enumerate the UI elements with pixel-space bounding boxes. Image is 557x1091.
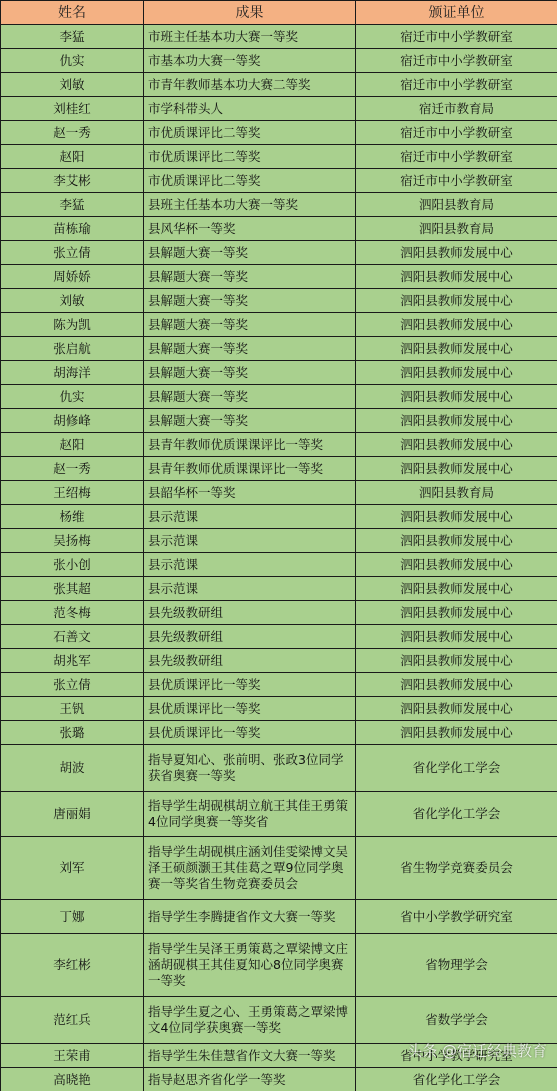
issuer-cell: 宿迁市中小学教研室 (356, 169, 557, 193)
name-cell: 赵阳 (1, 145, 144, 169)
table-row: 仇实市基本功大赛一等奖宿迁市中小学教研室 (1, 49, 557, 73)
table-row: 胡海洋县解题大赛一等奖泗阳县教师发展中心 (1, 361, 557, 385)
table-row: 苗栋瑜县风华杯一等奖泗阳县教育局 (1, 217, 557, 241)
issuer-cell: 泗阳县教师发展中心 (356, 625, 557, 649)
issuer-cell: 泗阳县教师发展中心 (356, 385, 557, 409)
issuer-cell: 省生物学竞赛委员会 (356, 837, 557, 900)
table-row: 张启航县解题大赛一等奖泗阳县教师发展中心 (1, 337, 557, 361)
name-cell: 唐丽娟 (1, 792, 144, 837)
issuer-cell: 宿迁市中小学教研室 (356, 121, 557, 145)
result-cell: 县示范课 (144, 553, 356, 577)
name-cell: 仇实 (1, 385, 144, 409)
result-cell: 县解题大赛一等奖 (144, 337, 356, 361)
result-cell: 指导学生李腾捷省作文大赛一等奖 (144, 900, 356, 934)
result-cell: 县优质课评比一等奖 (144, 697, 356, 721)
name-cell: 张璐 (1, 721, 144, 745)
result-cell: 县示范课 (144, 505, 356, 529)
header-name: 姓名 (1, 1, 144, 25)
table-row: 王绍梅县韶华杯一等奖泗阳县教育局 (1, 481, 557, 505)
result-cell: 市优质课评比二等奖 (144, 121, 356, 145)
table-row: 王钒县优质课评比一等奖泗阳县教师发展中心 (1, 697, 557, 721)
issuer-cell: 宿迁市中小学教研室 (356, 49, 557, 73)
issuer-cell: 泗阳县教师发展中心 (356, 289, 557, 313)
result-cell: 县解题大赛一等奖 (144, 241, 356, 265)
header-result: 成果 (144, 1, 356, 25)
issuer-cell: 宿迁市中小学教研室 (356, 73, 557, 97)
header-row: 姓名 成果 颁证单位 (1, 1, 557, 25)
issuer-cell: 泗阳县教师发展中心 (356, 337, 557, 361)
table-row: 赵一秀县青年教师优质课课评比一等奖泗阳县教师发展中心 (1, 457, 557, 481)
issuer-cell: 省物理学会 (356, 934, 557, 997)
name-cell: 仇实 (1, 49, 144, 73)
table-row: 张其超县示范课泗阳县教师发展中心 (1, 577, 557, 601)
name-cell: 张立倩 (1, 673, 144, 697)
name-cell: 范红兵 (1, 997, 144, 1044)
name-cell: 范冬梅 (1, 601, 144, 625)
name-cell: 刘军 (1, 837, 144, 900)
issuer-cell: 泗阳县教师发展中心 (356, 553, 557, 577)
name-cell: 李红彬 (1, 934, 144, 997)
table-row: 胡波指导夏知心、张前明、张政3位同学获省奥赛一等奖省化学化工学会 (1, 745, 557, 792)
table-row: 李猛市班主任基本功大赛一等奖宿迁市中小学教研室 (1, 25, 557, 49)
result-cell: 县解题大赛一等奖 (144, 361, 356, 385)
name-cell: 张小创 (1, 553, 144, 577)
result-cell: 县先级教研组 (144, 649, 356, 673)
awards-table: 姓名 成果 颁证单位 李猛市班主任基本功大赛一等奖宿迁市中小学教研室仇实市基本功… (0, 0, 557, 1091)
name-cell: 王钒 (1, 697, 144, 721)
result-cell: 市学科带头人 (144, 97, 356, 121)
issuer-cell: 宿迁市中小学教研室 (356, 25, 557, 49)
result-cell: 指导学生吴泽王勇策葛之覃梁博文庄涵胡砚棋王其佳夏知心8位同学奥赛一等奖 (144, 934, 356, 997)
table-row: 刘敏市青年教师基本功大赛二等奖宿迁市中小学教研室 (1, 73, 557, 97)
issuer-cell: 泗阳县教师发展中心 (356, 505, 557, 529)
issuer-cell: 泗阳县教师发展中心 (356, 409, 557, 433)
issuer-cell: 省化学化工学会 (356, 745, 557, 792)
result-cell: 县班主任基本功大赛一等奖 (144, 193, 356, 217)
name-cell: 周娇娇 (1, 265, 144, 289)
result-cell: 指导学生胡砚棋胡立航王其佳王勇策4位同学奥赛一等奖省 (144, 792, 356, 837)
name-cell: 赵阳 (1, 433, 144, 457)
name-cell: 王绍梅 (1, 481, 144, 505)
table-row: 吴扬梅县示范课泗阳县教师发展中心 (1, 529, 557, 553)
issuer-cell: 泗阳县教育局 (356, 481, 557, 505)
table-row: 周娇娇县解题大赛一等奖泗阳县教师发展中心 (1, 265, 557, 289)
name-cell: 刘桂红 (1, 97, 144, 121)
table-row: 张立倩县优质课评比一等奖泗阳县教师发展中心 (1, 673, 557, 697)
watermark: 头条 @宿迁经典教育 (407, 1040, 547, 1061)
name-cell: 张启航 (1, 337, 144, 361)
issuer-cell: 泗阳县教师发展中心 (356, 457, 557, 481)
header-issuer: 颁证单位 (356, 1, 557, 25)
issuer-cell: 宿迁市教育局 (356, 97, 557, 121)
name-cell: 苗栋瑜 (1, 217, 144, 241)
table-row: 丁娜指导学生李腾捷省作文大赛一等奖省中小学教学研究室 (1, 900, 557, 934)
name-cell: 刘敏 (1, 289, 144, 313)
table-row: 陈为凯县解题大赛一等奖泗阳县教师发展中心 (1, 313, 557, 337)
issuer-cell: 省化学化工学会 (356, 792, 557, 837)
table-row: 范红兵指导学生夏之心、王勇策葛之覃梁博文4位同学获奥赛一等奖省数学学会 (1, 997, 557, 1044)
table-row: 李艾彬市优质课评比二等奖宿迁市中小学教研室 (1, 169, 557, 193)
name-cell: 胡修峰 (1, 409, 144, 433)
table-row: 刘敏县解题大赛一等奖泗阳县教师发展中心 (1, 289, 557, 313)
table-row: 杨维县示范课泗阳县教师发展中心 (1, 505, 557, 529)
issuer-cell: 泗阳县教师发展中心 (356, 265, 557, 289)
name-cell: 李猛 (1, 193, 144, 217)
issuer-cell: 泗阳县教师发展中心 (356, 673, 557, 697)
issuer-cell: 泗阳县教师发展中心 (356, 649, 557, 673)
result-cell: 县青年教师优质课课评比一等奖 (144, 457, 356, 481)
result-cell: 县风华杯一等奖 (144, 217, 356, 241)
result-cell: 县青年教师优质课课评比一等奖 (144, 433, 356, 457)
table-row: 张小创县示范课泗阳县教师发展中心 (1, 553, 557, 577)
table-row: 赵阳县青年教师优质课课评比一等奖泗阳县教师发展中心 (1, 433, 557, 457)
name-cell: 胡波 (1, 745, 144, 792)
issuer-cell: 泗阳县教师发展中心 (356, 529, 557, 553)
result-cell: 县优质课评比一等奖 (144, 721, 356, 745)
result-cell: 县解题大赛一等奖 (144, 289, 356, 313)
name-cell: 李猛 (1, 25, 144, 49)
table-row: 石善文县先级教研组泗阳县教师发展中心 (1, 625, 557, 649)
issuer-cell: 省数学学会 (356, 997, 557, 1044)
issuer-cell: 省中小学教学研究室 (356, 900, 557, 934)
issuer-cell: 泗阳县教育局 (356, 217, 557, 241)
name-cell: 刘敏 (1, 73, 144, 97)
result-cell: 县解题大赛一等奖 (144, 265, 356, 289)
result-cell: 指导学生夏之心、王勇策葛之覃梁博文4位同学获奥赛一等奖 (144, 997, 356, 1044)
table-row: 刘军指导学生胡砚棋庄涵刘佳雯梁博文吴泽王硕颜灏王其佳葛之覃9位同学奥赛一等奖省生… (1, 837, 557, 900)
issuer-cell: 泗阳县教师发展中心 (356, 721, 557, 745)
name-cell: 石善文 (1, 625, 144, 649)
name-cell: 陈为凯 (1, 313, 144, 337)
issuer-cell: 泗阳县教师发展中心 (356, 577, 557, 601)
table-row: 高晓艳指导赵思齐省化学一等奖省化学化工学会 (1, 1068, 557, 1091)
name-cell: 李艾彬 (1, 169, 144, 193)
result-cell: 县示范课 (144, 529, 356, 553)
name-cell: 胡海洋 (1, 361, 144, 385)
issuer-cell: 泗阳县教师发展中心 (356, 313, 557, 337)
table-row: 胡修峰县解题大赛一等奖泗阳县教师发展中心 (1, 409, 557, 433)
issuer-cell: 省化学化工学会 (356, 1068, 557, 1091)
table-row: 李红彬指导学生吴泽王勇策葛之覃梁博文庄涵胡砚棋王其佳夏知心8位同学奥赛一等奖省物… (1, 934, 557, 997)
result-cell: 市优质课评比二等奖 (144, 169, 356, 193)
name-cell: 胡兆军 (1, 649, 144, 673)
name-cell: 丁娜 (1, 900, 144, 934)
result-cell: 县解题大赛一等奖 (144, 385, 356, 409)
result-cell: 县解题大赛一等奖 (144, 313, 356, 337)
result-cell: 市班主任基本功大赛一等奖 (144, 25, 356, 49)
result-cell: 指导学生朱佳慧省作文大赛一等奖 (144, 1044, 356, 1068)
result-cell: 县优质课评比一等奖 (144, 673, 356, 697)
result-cell: 指导赵思齐省化学一等奖 (144, 1068, 356, 1091)
issuer-cell: 泗阳县教师发展中心 (356, 361, 557, 385)
issuer-cell: 泗阳县教师发展中心 (356, 433, 557, 457)
table-row: 刘桂红市学科带头人宿迁市教育局 (1, 97, 557, 121)
result-cell: 县示范课 (144, 577, 356, 601)
result-cell: 市基本功大赛一等奖 (144, 49, 356, 73)
issuer-cell: 泗阳县教师发展中心 (356, 697, 557, 721)
table-row: 唐丽娟指导学生胡砚棋胡立航王其佳王勇策4位同学奥赛一等奖省省化学化工学会 (1, 792, 557, 837)
name-cell: 赵一秀 (1, 457, 144, 481)
name-cell: 吴扬梅 (1, 529, 144, 553)
name-cell: 杨维 (1, 505, 144, 529)
result-cell: 指导学生胡砚棋庄涵刘佳雯梁博文吴泽王硕颜灏王其佳葛之覃9位同学奥赛一等奖省生物竞… (144, 837, 356, 900)
issuer-cell: 泗阳县教师发展中心 (356, 601, 557, 625)
result-cell: 县先级教研组 (144, 625, 356, 649)
issuer-cell: 宿迁市中小学教研室 (356, 145, 557, 169)
name-cell: 高晓艳 (1, 1068, 144, 1091)
result-cell: 指导夏知心、张前明、张政3位同学获省奥赛一等奖 (144, 745, 356, 792)
name-cell: 张立倩 (1, 241, 144, 265)
name-cell: 张其超 (1, 577, 144, 601)
table-row: 赵阳市优质课评比二等奖宿迁市中小学教研室 (1, 145, 557, 169)
result-cell: 市青年教师基本功大赛二等奖 (144, 73, 356, 97)
result-cell: 县解题大赛一等奖 (144, 409, 356, 433)
issuer-cell: 泗阳县教师发展中心 (356, 241, 557, 265)
issuer-cell: 泗阳县教育局 (356, 193, 557, 217)
table-row: 李猛县班主任基本功大赛一等奖泗阳县教育局 (1, 193, 557, 217)
table-row: 张璐县优质课评比一等奖泗阳县教师发展中心 (1, 721, 557, 745)
table-row: 张立倩县解题大赛一等奖泗阳县教师发展中心 (1, 241, 557, 265)
result-cell: 市优质课评比二等奖 (144, 145, 356, 169)
table-row: 胡兆军县先级教研组泗阳县教师发展中心 (1, 649, 557, 673)
name-cell: 王荣甫 (1, 1044, 144, 1068)
result-cell: 县韶华杯一等奖 (144, 481, 356, 505)
table-row: 范冬梅县先级教研组泗阳县教师发展中心 (1, 601, 557, 625)
name-cell: 赵一秀 (1, 121, 144, 145)
table-row: 赵一秀市优质课评比二等奖宿迁市中小学教研室 (1, 121, 557, 145)
result-cell: 县先级教研组 (144, 601, 356, 625)
table-row: 仇实县解题大赛一等奖泗阳县教师发展中心 (1, 385, 557, 409)
